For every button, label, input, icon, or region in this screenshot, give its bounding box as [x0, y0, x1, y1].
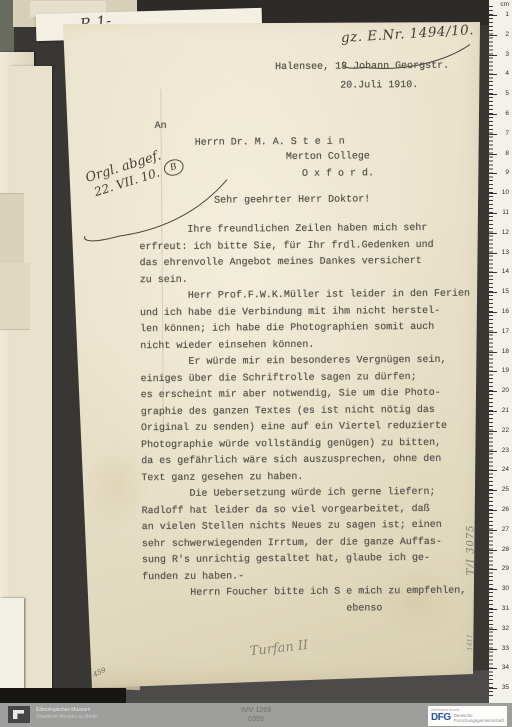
ruler-number: 23 [502, 447, 509, 455]
ruler-cm-tick [489, 510, 497, 511]
cm-ruler: cm 1234567891011121314151617181920212223… [489, 0, 512, 703]
letter-line: ebenso [142, 600, 472, 619]
pencil-inventory-number: T/I 3075 [465, 511, 477, 575]
ruler-number: 10 [502, 189, 509, 197]
letter-place-date-line: Halensee, 13 Johann Georgstr. [275, 61, 449, 73]
pencil-collection-title: Turfan II [249, 638, 309, 659]
inventory-id-line1: IMV 1269 [206, 706, 306, 715]
letter-line: da es gefährlich wäre sich auszusprechen… [141, 452, 471, 471]
inventory-id-line2: 0359 [206, 715, 306, 724]
ruler-number: 6 [505, 110, 509, 118]
museum-logo-glyph [13, 710, 24, 719]
ruler-number: 29 [502, 565, 509, 573]
letter-line: Er würde mir ein besonderes Vergnügen se… [140, 353, 470, 372]
ruler-number: 2 [505, 31, 509, 39]
letter-line: Original zu senden) eine auf ein Viertel… [141, 419, 471, 438]
dfg-full-name: Deutsche Forschungsgemeinschaft [454, 713, 504, 723]
ruler-cm-tick [489, 490, 497, 491]
ruler-cm-tick [489, 114, 497, 115]
ruler-cm-tick [489, 154, 497, 155]
ruler-number: 8 [505, 150, 509, 158]
ruler-cm-tick [489, 431, 497, 432]
ruler-number: 27 [502, 526, 509, 534]
ruler-cm-tick [489, 569, 497, 570]
ruler-unit-label: cm [500, 1, 509, 8]
ruler-cm-tick [489, 530, 497, 531]
ruler-cm-tick [489, 629, 497, 630]
ruler-number: 9 [505, 169, 509, 177]
paper-stack-edge [0, 598, 24, 690]
ruler-number: 3 [505, 51, 509, 59]
ruler-number: 16 [502, 308, 509, 316]
museum-label: Ethnologisches Museum Staatliche Museen … [36, 707, 98, 720]
ruler-number: 5 [505, 90, 509, 98]
ruler-number: 1 [505, 11, 509, 19]
dfg-acronym: DFG [431, 712, 451, 723]
letter-line: an vielen Stellen nichts Neues zu sagen … [142, 518, 472, 537]
ruler-number: 19 [502, 367, 509, 375]
ruler-cm-tick [489, 371, 497, 372]
ruler-cm-tick [489, 332, 497, 333]
ruler-number: 31 [502, 605, 509, 613]
ruler-number: 11 [502, 209, 509, 217]
footer-bar: Ethnologisches Museum Staatliche Museen … [0, 703, 512, 727]
ruler-number: 21 [502, 407, 509, 415]
ruler-number: 28 [502, 546, 509, 554]
ruler-cm-tick [489, 292, 497, 293]
ruler-cm-tick [489, 352, 497, 353]
dfg-name-line2: Forschungsgemeinschaft [454, 718, 504, 723]
recipient-city: O x f o r d. [302, 168, 374, 180]
letter-line: Die Uebersetzung würde ich gerne liefern… [141, 485, 471, 504]
ruler-number: 18 [502, 348, 509, 356]
ruler-number: 15 [502, 288, 509, 296]
inventory-id: IMV 1269 0359 [206, 706, 306, 724]
ruler-cm-tick [489, 649, 497, 650]
pencil-side-number: 1411 [465, 611, 473, 651]
letter-line: sung R's unrichtig gestaltet hat, glaube… [142, 551, 472, 570]
ruler-number: 13 [502, 249, 509, 257]
ruler-number: 25 [502, 486, 509, 494]
letter-date-line: 20.Juli 1910. [340, 80, 418, 92]
ruler-number: 7 [505, 130, 509, 138]
ruler-cm-tick [489, 668, 497, 669]
letter-line: Ihre freundlichen Zeilen haben mich sehr [139, 221, 469, 240]
ruler-cm-tick [489, 253, 497, 254]
ruler-number: 22 [502, 427, 509, 435]
ruler-cm-tick [489, 233, 497, 234]
letter-line: es erscheint mir aber notwendig, Sie um … [141, 386, 471, 405]
recipient-an: An [155, 121, 167, 132]
letter-line: Herr Prof.F.W.K.Müller ist leider in den… [140, 287, 470, 306]
ruler-cm-tick [489, 391, 497, 392]
salutation: Sehr geehrter Herr Doktor! [214, 194, 370, 206]
ruler-cm-tick [489, 193, 497, 194]
ruler-cm-tick [489, 213, 497, 214]
ruler-number: 35 [502, 684, 509, 692]
ruler-number: 14 [502, 268, 509, 276]
ruler-cm-tick [489, 173, 497, 174]
ruler-cm-tick [489, 589, 497, 590]
ruler-cm-tick [489, 451, 497, 452]
ruler-number: 26 [502, 506, 509, 514]
letter-sheet-content: gz. E.Nr. 1494/10. Halensee, 13 Johann G… [38, 6, 491, 691]
ruler-number: 34 [502, 664, 509, 672]
ruler-cm-tick [489, 272, 497, 273]
ruler-cm-tick [489, 35, 497, 36]
ruler-cm-tick [489, 312, 497, 313]
ruler-cm-tick [489, 74, 497, 75]
recipient-college: Merton College [286, 151, 370, 163]
ruler-number: 30 [502, 585, 509, 593]
paper-stack-tab [0, 193, 24, 265]
dfg-logo: Gefördert durch DFG Deutsche Forschungsg… [428, 706, 507, 726]
ruler-number: 4 [505, 70, 509, 78]
ruler-cm-tick [489, 609, 497, 610]
ruler-cm-tick [489, 550, 497, 551]
museum-subtitle: Staatliche Museen zu Berlin [36, 714, 98, 720]
ruler-cm-tick [489, 55, 497, 56]
ruler-number: 33 [502, 645, 509, 653]
museum-logo [8, 706, 30, 723]
museum-name: Ethnologisches Museum [36, 707, 98, 714]
pencil-corner-number: 459 [92, 666, 108, 679]
ruler-cm-tick [489, 134, 497, 135]
ruler-cm-tick [489, 470, 497, 471]
ruler-cm-tick [489, 411, 497, 412]
background-shadow-strip [0, 688, 126, 704]
scanned-document-photo: P. 1- gz. E.Nr. 1494/10. Halensee, 13 Jo… [0, 0, 512, 727]
ruler-cm-tick [489, 688, 497, 689]
letter-line: das ehrenvolle Angebot meines Dankes ver… [140, 254, 470, 273]
letter-sheet: gz. E.Nr. 1494/10. Halensee, 13 Johann G… [40, 8, 488, 690]
ruler-number: 20 [502, 387, 509, 395]
letter-line: Herrn Foucher bitte ich S e mich zu empf… [142, 584, 472, 603]
letter-line: len können; ich habe die Photographien s… [140, 320, 470, 339]
ruler-number: 24 [502, 466, 509, 474]
ruler-number: 32 [502, 625, 509, 633]
ruler-number: 12 [502, 229, 509, 237]
letter-body: Ihre freundlichen Zeilen haben mich sehr… [139, 221, 472, 620]
ruler-cm-tick [489, 94, 497, 95]
ruler-number: 17 [502, 328, 509, 336]
ruler-cm-tick [489, 15, 497, 16]
paper-stack-tab [0, 263, 30, 330]
